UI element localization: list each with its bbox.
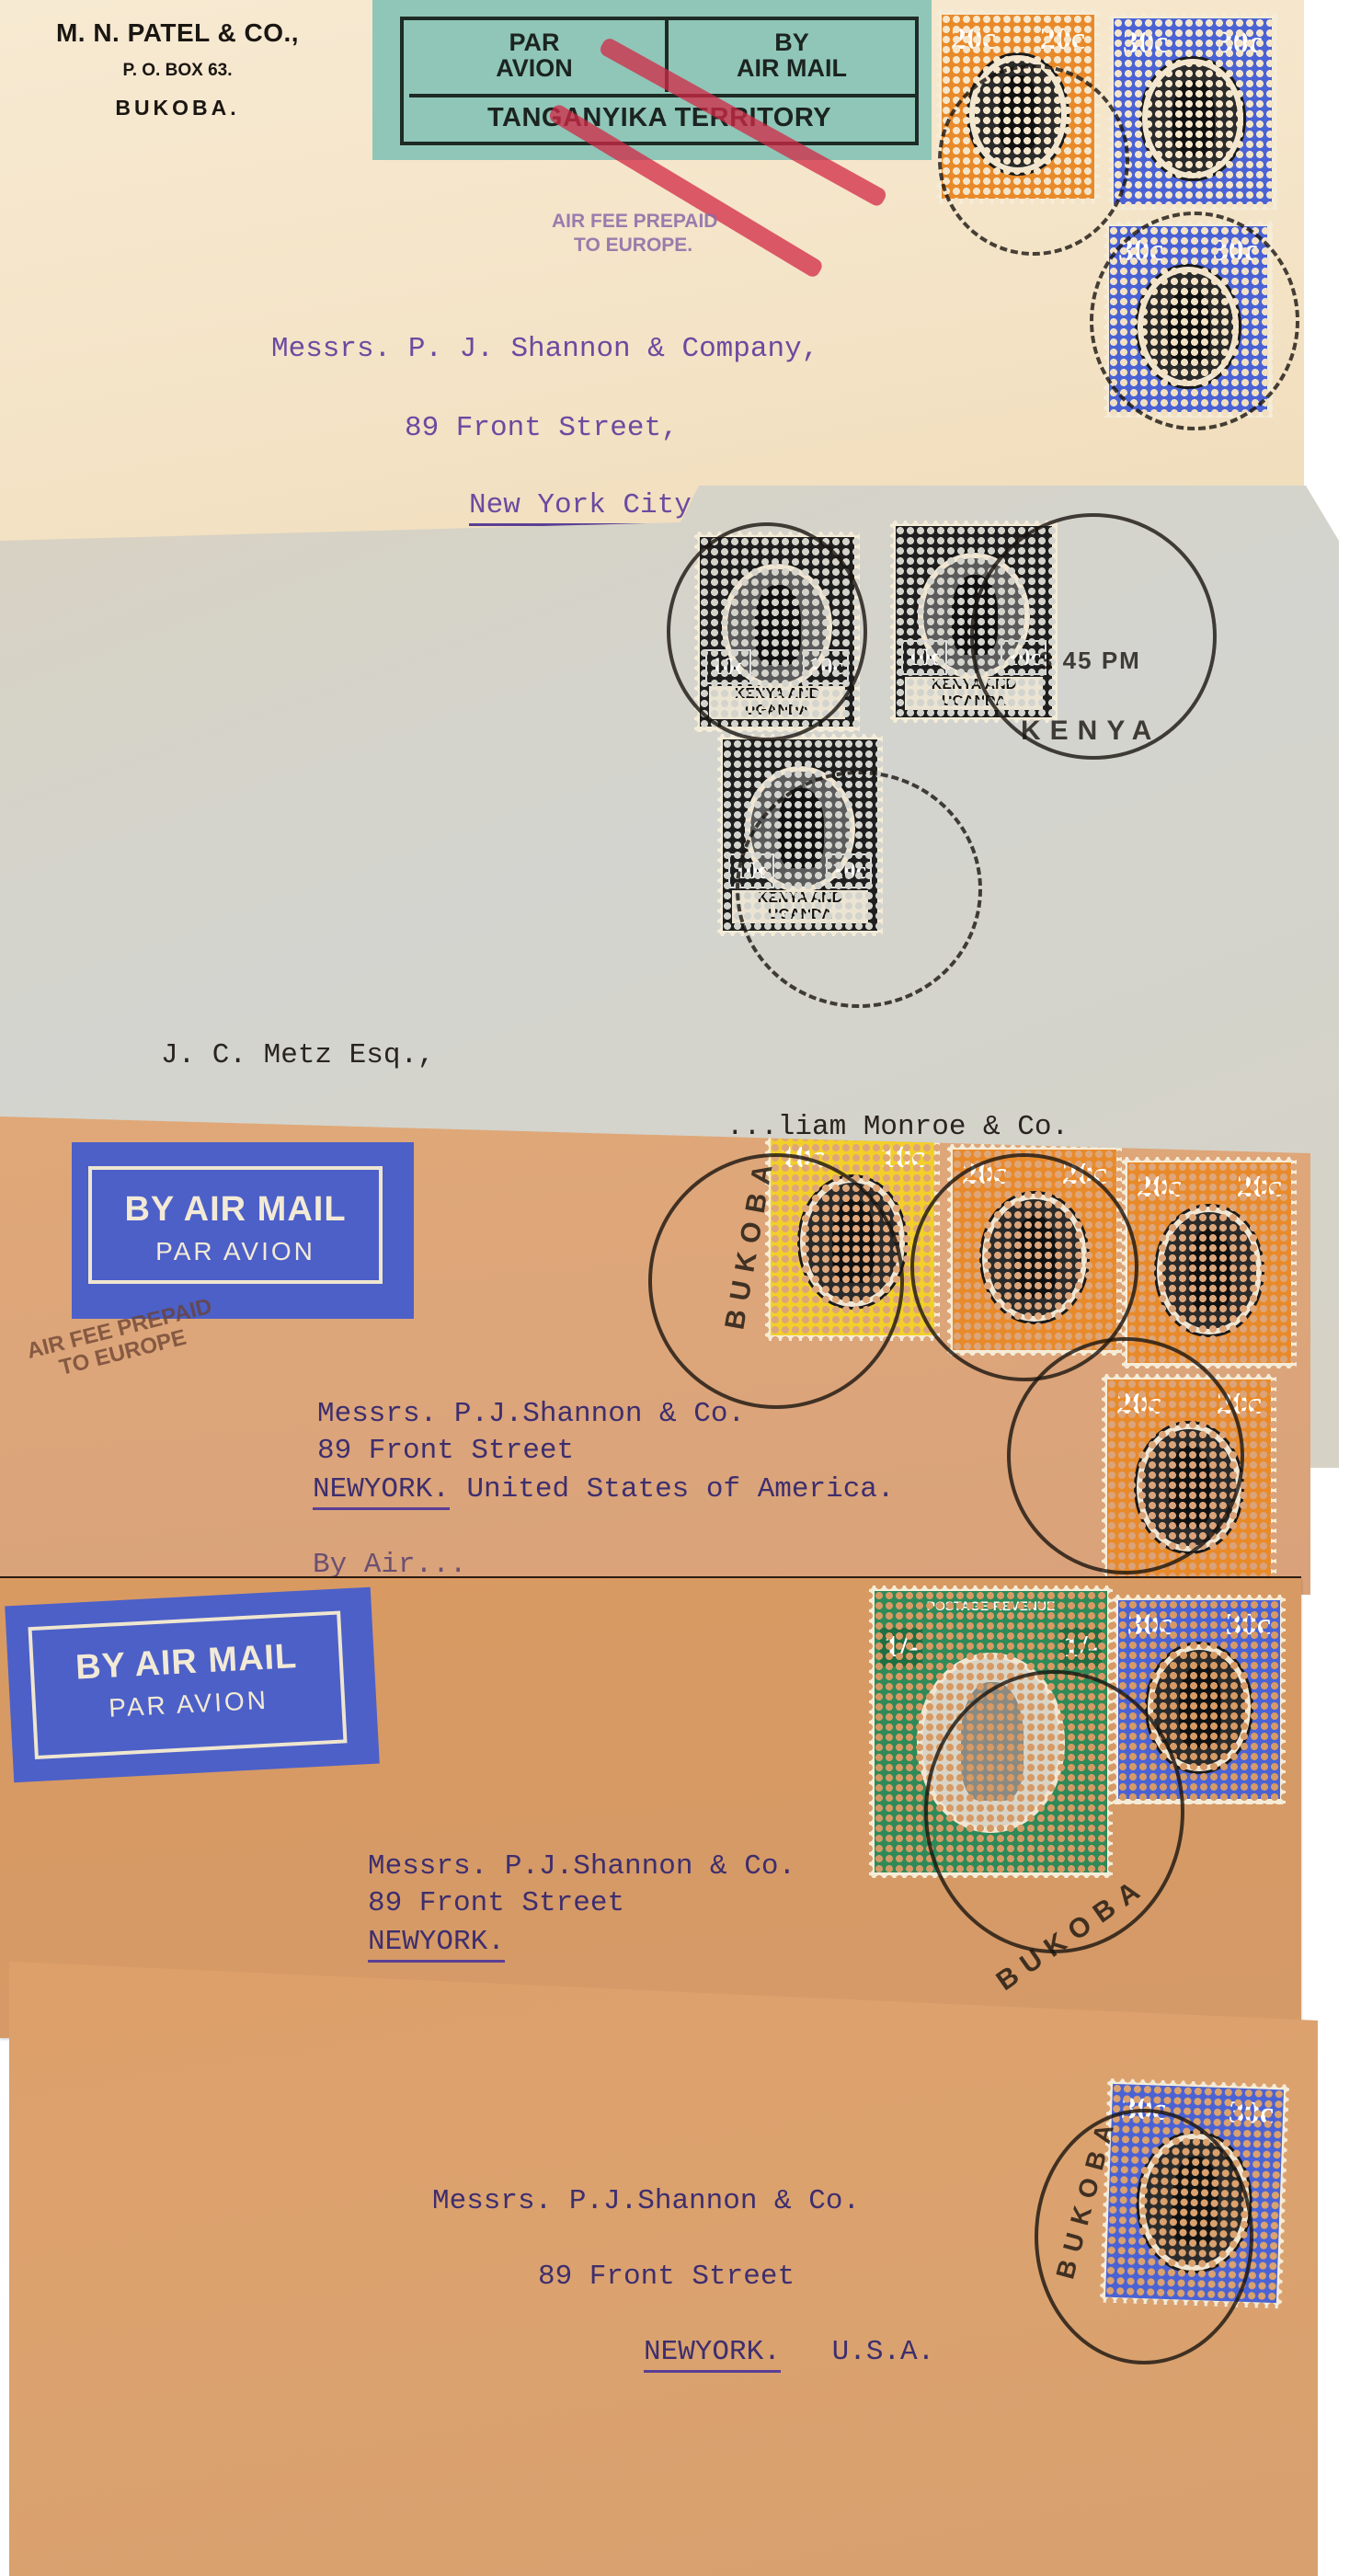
postmark: [938, 64, 1129, 256]
address-line: Messrs. P.J.Shannon & Co.: [368, 1850, 795, 1883]
envelope-patel-bukoba: M. N. PATEL & CO., P. O. BOX 63. BUKOBA.…: [0, 0, 1304, 552]
envelope-shannon-newyork: BY AIR MAIL PAR AVION POSTAGE-REVENUE 1/…: [0, 1578, 1301, 2038]
postmark-time: 3 45 PM: [1039, 647, 1141, 675]
label-text: AIR MAIL: [669, 55, 915, 81]
address-line: 89 Front Street: [538, 2261, 795, 2293]
address-line: NEWYORK.: [368, 1926, 505, 1958]
postmark-text: KENYA: [1021, 716, 1161, 747]
address-line: 89 Front Street,: [405, 412, 679, 444]
envelope-shannon-usa-single-stamp: 30c30c BUKOBA Messrs. P.J.Shannon & Co. …: [9, 1962, 1318, 2576]
address-line-partial: By Air...: [313, 1549, 466, 1581]
postmark: [648, 1153, 904, 1409]
address-line: NEWYORK. United States of America.: [313, 1473, 895, 1506]
address-line: Messrs. P.J.Shannon & Co.: [432, 2185, 860, 2217]
air-fee-cachet: AIR FEE PREPAID TO EUROPE.: [552, 210, 717, 258]
stamp-20c-orange: 20c20c: [1122, 1157, 1297, 1368]
address-line: NEWYORK. U.S.A.: [644, 2336, 934, 2368]
airmail-label-blue: BY AIR MAIL PAR AVION: [72, 1142, 414, 1319]
postmark: [924, 1670, 1184, 1953]
address-line: J. C. Metz Esq.,: [161, 1039, 435, 1071]
postmark: [1007, 1337, 1244, 1574]
address-line: 89 Front Street: [317, 1435, 574, 1467]
airmail-label-blue: BY AIR MAIL PAR AVION: [5, 1587, 380, 1783]
postmark: [667, 522, 867, 741]
address-line: Messrs. P. J. Shannon & Company,: [271, 333, 818, 365]
address-line: Messrs. P.J.Shannon & Co.: [317, 1398, 745, 1430]
label-territory: TANGANYIKA TERRITORY: [404, 103, 915, 133]
sender-name: M. N. PATEL & CO.,: [44, 18, 311, 48]
sender-town: BUKOBA.: [44, 96, 311, 120]
label-text: BY: [669, 29, 915, 55]
envelope-shannon-usa: BY AIR MAIL PAR AVION AIR FEE PREPAID TO…: [0, 1116, 1310, 1595]
address-line: 89 Front Street: [368, 1887, 624, 1919]
stamp-30c-blue: 30c30c: [1108, 13, 1277, 210]
sender-po-box: P. O. BOX 63.: [44, 61, 311, 81]
letterhead: M. N. PATEL & CO., P. O. BOX 63. BUKOBA.: [44, 18, 311, 120]
postmark: [1090, 212, 1299, 430]
postmark: [736, 771, 982, 1008]
